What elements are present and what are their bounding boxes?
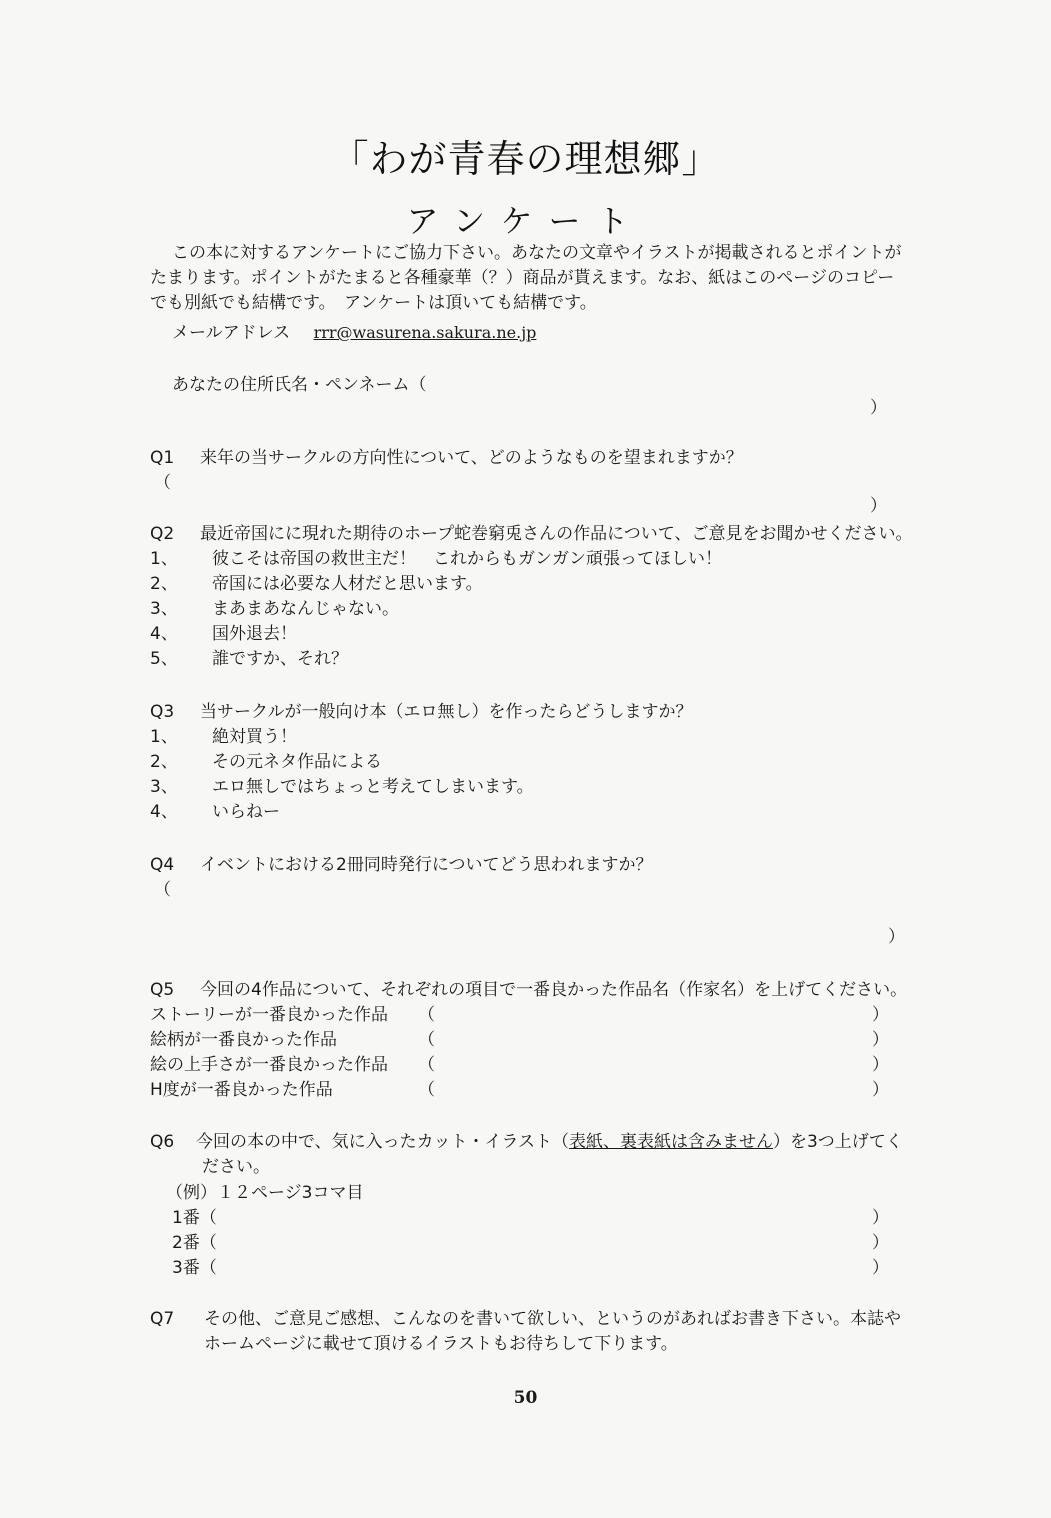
q6-item-label: 3番（ — [172, 1256, 217, 1281]
q6-example: （例）１２ページ3コマ目 — [166, 1181, 363, 1206]
q4-answer-area[interactable] — [170, 878, 885, 948]
address-input-area[interactable] — [300, 373, 870, 423]
q5-item-label: ストーリーが一番良かった作品 — [150, 1003, 388, 1028]
q3-question: Q3当サークルが一般向け本（エロ無し）を作ったらどうしますか？ — [150, 700, 693, 725]
q1-answer-area[interactable] — [170, 471, 870, 516]
q2-label: Q2 — [150, 522, 200, 547]
q5-item-close-paren: ） — [872, 1078, 889, 1103]
q4-close-paren: ） — [888, 925, 905, 950]
q6-answer-field-2[interactable] — [222, 1231, 870, 1255]
q1-text: 来年の当サークルの方向性について、どのようなものを望まれますか？ — [200, 448, 743, 468]
q6-item-label: 1番（ — [172, 1206, 217, 1231]
q5-item-close-paren: ） — [872, 1003, 889, 1028]
q2-option[interactable]: 4、国外退去！ — [150, 622, 297, 647]
q7-text-line1: その他、ご意見ご感想、こんなのを書いて欲しい、というのがあればお書き下さい。本誌… — [204, 1309, 901, 1329]
q6-answer-field-3[interactable] — [222, 1256, 870, 1280]
q3-option[interactable]: 3、エロ無しではちょっと考えてしまいます。 — [150, 775, 534, 800]
q4-label: Q4 — [150, 853, 200, 878]
email-link[interactable]: rrr@wasurena.sakura.ne.jp — [314, 323, 537, 342]
q5-item-label: 絵の上手さが一番良かった作品 — [150, 1053, 388, 1078]
q5-question: Q5今回の4作品について、それぞれの項目で一番良かった作品名（作家名）を上げてく… — [150, 978, 907, 1003]
q3-option[interactable]: 4、いらねー — [150, 800, 280, 825]
q5-answer-field-art-skill[interactable] — [432, 1053, 870, 1077]
q2-question: Q2最近帝国にに現れた期待のホープ蛇巻窮兎さんの作品について、ご意見をお聞かせく… — [150, 522, 912, 547]
email-label: メールアドレス — [172, 323, 290, 343]
q6-text-line2: ださい。 — [202, 1155, 270, 1180]
q3-option[interactable]: 2、その元ネタ作品による — [150, 750, 382, 775]
intro-paragraph: この本に対するアンケートにご協力下さい。あなたの文章やイラストが掲載されるとポイ… — [150, 241, 910, 316]
q7-label: Q7 — [150, 1307, 204, 1332]
q6-item-close-paren: ） — [872, 1256, 889, 1281]
q2-option[interactable]: 2、帝国には必要な人材だと思います。 — [150, 572, 483, 597]
q6-text-underlined: 表紙、裏表紙は含みません — [569, 1132, 773, 1152]
q2-option[interactable]: 5、誰ですか、それ？ — [150, 647, 348, 672]
q1-close-paren: ） — [870, 494, 887, 519]
q5-item-close-paren: ） — [872, 1028, 889, 1053]
page-number: 50 — [0, 1388, 1051, 1408]
q6-text-after: ）を3つ上げてく — [773, 1132, 903, 1152]
q2-text: 最近帝国にに現れた期待のホープ蛇巻窮兎さんの作品について、ご意見をお聞かせくださ… — [200, 524, 912, 544]
q5-answer-field-h-level[interactable] — [432, 1078, 870, 1102]
q7-question: Q7その他、ご意見ご感想、こんなのを書いて欲しい、というのがあればお書き下さい。… — [150, 1307, 901, 1332]
q6-item-label: 2番（ — [172, 1231, 217, 1256]
q4-question: Q4イベントにおける2冊同時発行についてどう思われますか？ — [150, 853, 652, 878]
q4-open-paren: （ — [154, 878, 171, 903]
q2-option[interactable]: 1、彼こそは帝国の救世主だ！ これからもガンガン頑張ってほしい！ — [150, 547, 722, 572]
q5-answer-field-story[interactable] — [432, 1003, 870, 1027]
q5-text: 今回の4作品について、それぞれの項目で一番良かった作品名（作家名）を上げてくださ… — [200, 980, 907, 1000]
q1-open-paren: （ — [154, 471, 171, 496]
q5-label: Q5 — [150, 978, 200, 1003]
q3-text: 当サークルが一般向け本（エロ無し）を作ったらどうしますか？ — [200, 702, 693, 722]
page-title: 「わが青春の理想郷」 — [0, 128, 1051, 183]
email-row: メールアドレス rrr@wasurena.sakura.ne.jp — [172, 320, 536, 346]
page-subtitle: アンケート — [0, 196, 1051, 242]
q5-item-close-paren: ） — [872, 1053, 889, 1078]
q6-item-close-paren: ） — [872, 1206, 889, 1231]
q3-option[interactable]: 1、絶対買う！ — [150, 725, 297, 750]
q4-text: イベントにおける2冊同時発行についてどう思われますか？ — [200, 855, 652, 875]
q1-question: Q1来年の当サークルの方向性について、どのようなものを望まれますか？ — [150, 446, 743, 471]
q6-text-before: 今回の本の中で、気に入ったカット・イラスト（ — [196, 1132, 569, 1152]
q7-text-line2: ホームページに載せて頂けるイラストもお待ちして下ります。 — [204, 1332, 678, 1357]
q5-answer-field-art-style[interactable] — [432, 1028, 870, 1052]
q5-item-label: H度が一番良かった作品 — [150, 1078, 333, 1103]
intro-line-2: たまります。ポイントがたまると各種豪華（？）商品が貰えます。なお、紙はこのページ… — [150, 266, 910, 291]
address-close-paren: ） — [870, 396, 887, 421]
q6-question: Q6今回の本の中で、気に入ったカット・イラスト（表紙、裏表紙は含みません）を3つ… — [150, 1130, 903, 1155]
q6-answer-field-1[interactable] — [222, 1206, 870, 1230]
q6-label: Q6 — [150, 1130, 196, 1155]
q2-option[interactable]: 3、まあまあなんじゃない。 — [150, 597, 399, 622]
q1-label: Q1 — [150, 446, 200, 471]
q6-item-close-paren: ） — [872, 1231, 889, 1256]
q3-label: Q3 — [150, 700, 200, 725]
intro-line-1: この本に対するアンケートにご協力下さい。あなたの文章やイラストが掲載されるとポイ… — [150, 241, 910, 266]
intro-line-3: でも別紙でも結構です。 アンケートは頂いても結構です。 — [150, 291, 910, 316]
q5-item-label: 絵柄が一番良かった作品 — [150, 1028, 337, 1053]
